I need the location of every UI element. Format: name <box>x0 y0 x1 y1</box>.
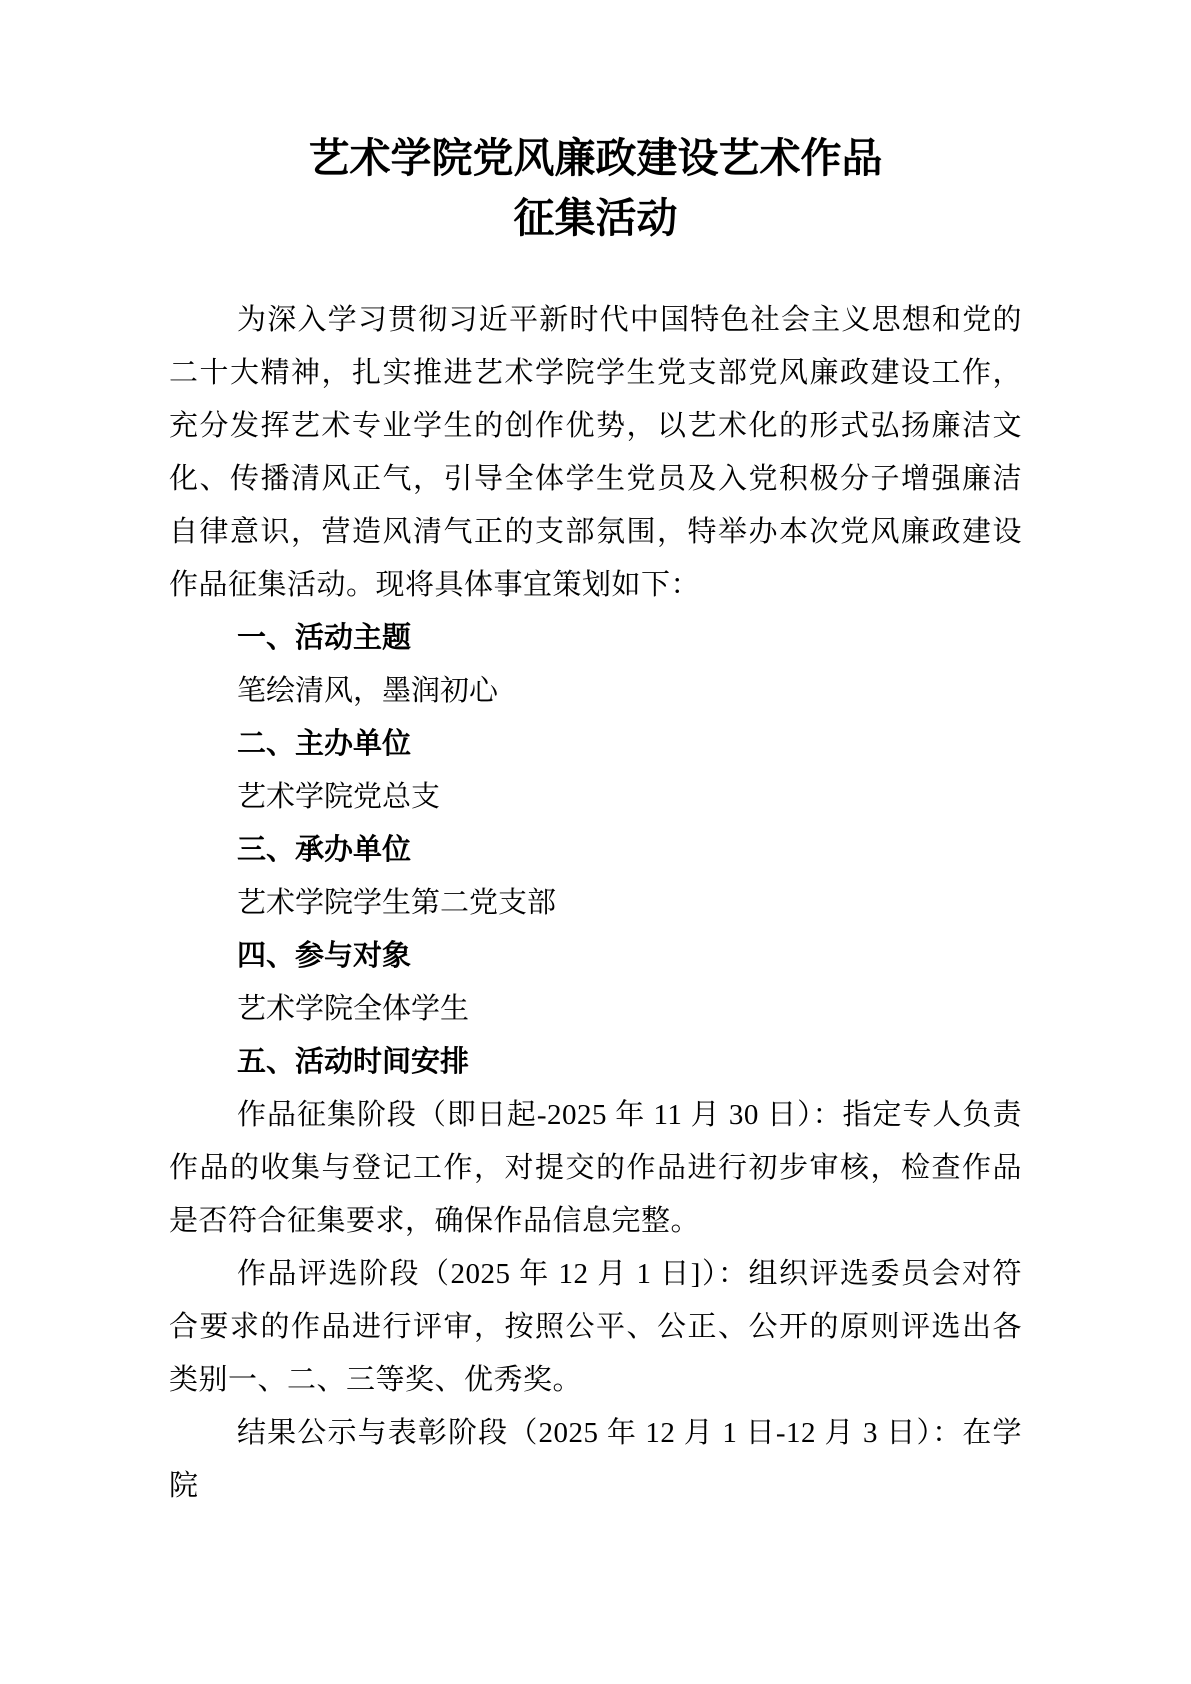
section-body-theme: 笔绘清风，墨润初心 <box>169 665 1022 718</box>
schedule-paragraph-evaluation: 作品评选阶段（2025 年 12 月 1 日]）：组织评选委员会对符合要求的作品… <box>169 1248 1022 1407</box>
section-heading-undertaker: 三、承办单位 <box>169 824 1022 877</box>
section-heading-schedule: 五、活动时间安排 <box>169 1036 1022 1089</box>
document-content: 艺术学院党风廉政建设艺术作品 征集活动 为深入学习贯彻习近平新时代中国特色社会主… <box>0 0 1191 1513</box>
document-title-line2: 征集活动 <box>169 188 1022 248</box>
document-title-line1: 艺术学院党风廉政建设艺术作品 <box>169 128 1022 188</box>
section-body-participants: 艺术学院全体学生 <box>169 983 1022 1036</box>
schedule-paragraph-announcement: 结果公示与表彰阶段（2025 年 12 月 1 日-12 月 3 日）：在学院 <box>169 1407 1022 1513</box>
intro-paragraph: 为深入学习贯彻习近平新时代中国特色社会主义思想和党的二十大精神，扎实推进艺术学院… <box>169 294 1022 612</box>
schedule-paragraph-collection: 作品征集阶段（即日起-2025 年 11 月 30 日）：指定专人负责作品的收集… <box>169 1089 1022 1248</box>
section-heading-theme: 一、活动主题 <box>169 612 1022 665</box>
section-body-undertaker: 艺术学院学生第二党支部 <box>169 877 1022 930</box>
section-heading-participants: 四、参与对象 <box>169 930 1022 983</box>
document-title: 艺术学院党风廉政建设艺术作品 征集活动 <box>169 128 1022 248</box>
section-heading-organizer: 二、主办单位 <box>169 718 1022 771</box>
document-page: 艺术学院党风廉政建设艺术作品 征集活动 为深入学习贯彻习近平新时代中国特色社会主… <box>0 0 1191 1684</box>
section-body-organizer: 艺术学院党总支 <box>169 771 1022 824</box>
